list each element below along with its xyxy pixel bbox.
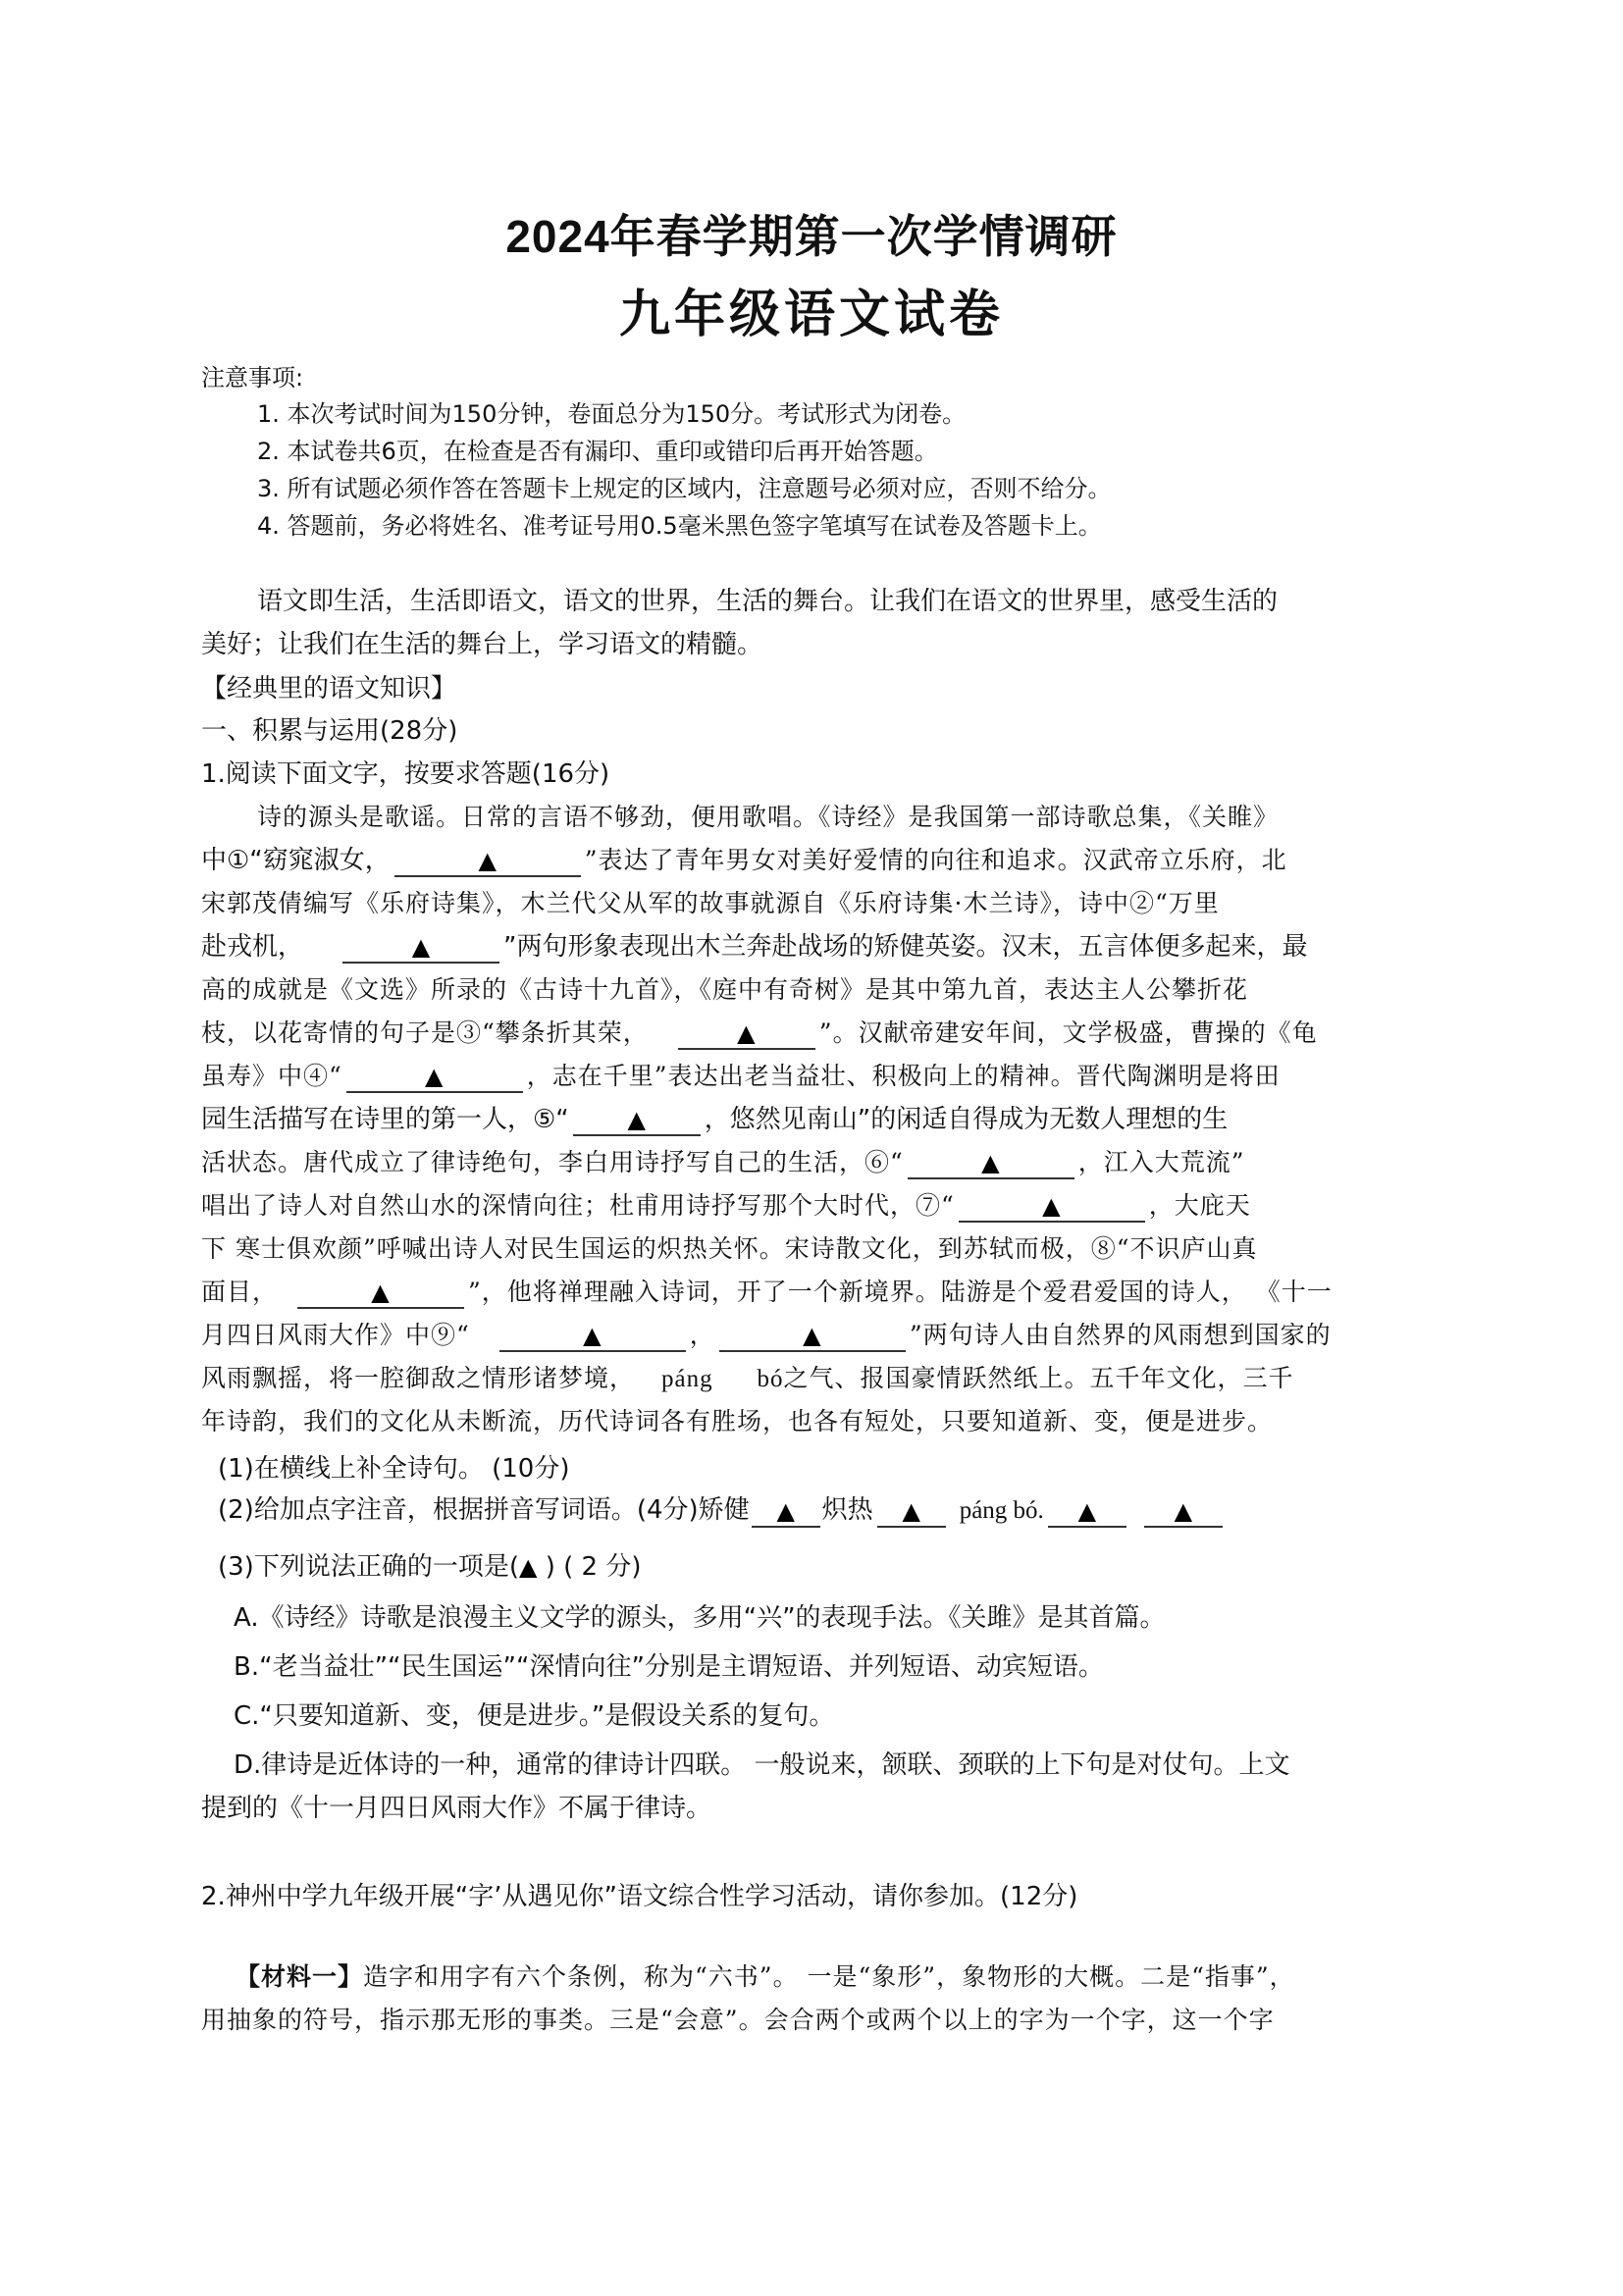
sub3-prefix: (3)下列说法正确的一项是(	[218, 1552, 519, 1582]
passage-text: ”两句形象表现出木兰奔赴战场的矫健英姿。汉末，五言体便多起来，最	[503, 932, 1307, 962]
passage-text: ”。汉献帝建安年间，文学极盛，曹操的《龟	[819, 1018, 1318, 1047]
answer-blank-2[interactable]: ▲	[342, 932, 499, 964]
notice-item-4: 4. 答题前，务必将姓名、准考证号用0.5毫米黑色签字笔填写在试卷及答题卡上。	[257, 509, 1102, 543]
q1-sub2: (2)给加点字注音，根据拼音写词语。(4分)矫健▲炽热▲páng bó.▲▲	[218, 1493, 1227, 1528]
passage-text: ”表达了青年男女对美好爱情的向往和追求。汉武帝立乐府，北	[585, 846, 1287, 874]
material-1-line-1: 【材料一】造字和用字有六个条例，称为“六书”。 一是“象形”，象物形的大概。二是…	[236, 1960, 1295, 1994]
material-1-line-2: 用抽象的符号，指示那无形的事类。三是“会意”。会合两个或两个以上的字为一个字，这…	[201, 2004, 1275, 2037]
intro-line-2: 美好；让我们在生活的舞台上，学习语文的精髓。	[201, 628, 762, 661]
passage-text: 虽寿》中④“	[201, 1062, 342, 1090]
passage-line-1: 诗的源头是歌谣。日常的言语不够劲，便用歌唱。《诗经》是我国第一部诗歌总集，《关睢…	[257, 801, 1279, 834]
triangle-marker-icon: ▲	[583, 1322, 602, 1349]
exam-title: 2024年春学期第一次学情调研	[0, 201, 1623, 266]
passage-text: ”，他将禅理融入诗词，开了一个新境界。陆游是个爱君爱国的诗人， 《十一	[468, 1278, 1333, 1306]
answer-blank-word-1[interactable]: ▲	[1048, 1496, 1126, 1528]
sub2-prefix: (2)给加点字注音，根据拼音写词语。(4分)矫健	[218, 1495, 750, 1525]
triangle-marker-icon: ▲	[1175, 1497, 1192, 1525]
passage-text: 活状态。唐代成立了律诗绝句，李白用诗抒写自己的生活，⑥“	[201, 1148, 904, 1176]
passage-text: 园生活描写在诗里的第一人，⑤“	[201, 1105, 569, 1134]
answer-blank-3[interactable]: ▲	[678, 1018, 815, 1050]
material-text: 造字和用字有六个条例，称为“六书”。 一是“象形”，象物形的大概。二是“指事”，	[363, 1962, 1295, 1991]
triangle-marker-icon: ▲	[1042, 1192, 1061, 1220]
passage-text: 面目，	[201, 1278, 278, 1306]
pinyin-text: páng bó.	[960, 1497, 1044, 1524]
answer-blank-9b[interactable]: ▲	[719, 1321, 906, 1352]
passage-text: ，	[690, 1321, 715, 1349]
answer-blank-pinyin-2[interactable]: ▲	[877, 1496, 946, 1528]
passage-line-9: 活状态。唐代成立了律诗绝句，李白用诗抒写自己的生活，⑥“▲，江入大荒流”	[201, 1146, 1245, 1179]
option-d-line-1: D.律诗是近体诗的一种，通常的律诗计四联。 一般说来，颔联、颈联的上下句是对仗句…	[234, 1748, 1290, 1782]
passage-line-8: 园生活描写在诗里的第一人，⑤“▲，悠然见南山”的闲适自得成为无数人理想的生	[201, 1103, 1228, 1136]
answer-blank-7[interactable]: ▲	[959, 1191, 1145, 1223]
q1-sub3: (3)下列说法正确的一项是(▲ ) ( 2 分)	[218, 1550, 642, 1584]
answer-blank-1[interactable]: ▲	[394, 846, 581, 877]
passage-line-10: 唱出了诗人对自然山水的深情向往；杜甫用诗抒写那个大时代，⑦“▲，大庇天	[201, 1189, 1251, 1223]
part1-title: 一、积累与运用(28分)	[201, 714, 457, 748]
pinyin-text: bó	[758, 1366, 784, 1392]
passage-text: ，大庇天	[1149, 1191, 1251, 1220]
pinyin-text: páng	[661, 1366, 713, 1392]
passage-text: ，悠然见南山”的闲适自得成为无数人理想的生	[705, 1105, 1228, 1134]
triangle-marker-icon: ▲	[737, 1019, 756, 1047]
passage-text: ，志在千里”表达出老当益壮、积极向上的精神。晋代陶渊明是将田	[527, 1062, 1281, 1090]
passage-line-15: 年诗韵，我们的文化从未断流，历代诗词各有胜场，也各有短处，只要知道新、变，便是进…	[201, 1405, 1273, 1438]
passage-text: 风雨飘摇，将一腔御敌之情形诸梦境，	[201, 1364, 635, 1392]
passage-line-4: 赴戎机，▲”两句形象表现出木兰奔赴战场的矫健英姿。汉末，五言体便多起来，最	[201, 930, 1308, 964]
passage-line-7: 虽寿》中④“▲，志在千里”表达出老当益壮、积极向上的精神。晋代陶渊明是将田	[201, 1060, 1281, 1093]
option-d-line-2: 提到的《十一月四日风雨大作》不属于律诗。	[201, 1792, 711, 1825]
answer-blank-4[interactable]: ▲	[346, 1062, 523, 1093]
triangle-marker-icon: ▲	[776, 1497, 794, 1525]
passage-text: 枝，以花寄情的句子是③“攀条折其荣，	[201, 1018, 649, 1047]
passage-text: 之气、报国豪情跃然纸上。五千年文化，三千	[784, 1364, 1294, 1392]
passage-line-5: 高的成就是《文选》所录的《古诗十九首》，《庭中有奇树》是其中第九首，表达主人公攀…	[201, 973, 1248, 1007]
passage-line-3: 宋郭茂倩编写《乐府诗集》，木兰代父从军的故事就源自《乐府诗集·木兰诗》，诗中②“…	[201, 887, 1220, 920]
answer-blank-pinyin-1[interactable]: ▲	[752, 1496, 820, 1528]
sub2-word: 炽热	[822, 1495, 873, 1525]
answer-slot-triangle-icon[interactable]: ▲	[519, 1553, 537, 1581]
passage-text: 唱出了诗人对自然山水的深情向往；杜甫用诗抒写那个大时代，⑦“	[201, 1191, 955, 1220]
q1-sub1: (1)在横线上补全诗句。 (10分)	[218, 1452, 569, 1486]
option-c: C.“只要知道新、变，便是进步。”是假设关系的复句。	[234, 1699, 834, 1733]
triangle-marker-icon: ▲	[1078, 1497, 1096, 1525]
answer-blank-9a[interactable]: ▲	[499, 1321, 686, 1352]
intro-line-1: 语文即生活，生活即语文，语文的世界，生活的舞台。让我们在语文的世界里，感受生活的	[257, 585, 1278, 618]
notice-item-2: 2. 本试卷共6页，在检查是否有漏印、重印或错印后再开始答题。	[257, 435, 938, 468]
answer-blank-6[interactable]: ▲	[908, 1148, 1074, 1179]
triangle-marker-icon: ▲	[981, 1149, 1000, 1176]
sub3-suffix: ) ( 2 分)	[537, 1552, 641, 1582]
answer-blank-8[interactable]: ▲	[297, 1278, 464, 1309]
option-a: A.《诗经》诗歌是浪漫主义文学的源头，多用“兴”的表现手法。《关雎》是其首篇。	[234, 1601, 1166, 1635]
passage-line-6: 枝，以花寄情的句子是③“攀条折其荣，▲”。汉献帝建安年间，文学极盛，曹操的《龟	[201, 1017, 1318, 1050]
triangle-marker-icon: ▲	[371, 1278, 390, 1306]
passage-line-2: 中①“窈窕淑女，▲”表达了青年男女对美好爱情的向往和追求。汉武帝立乐府，北	[201, 844, 1287, 877]
passage-text: ，江入大荒流”	[1078, 1148, 1245, 1176]
passage-text: 月四日风雨大作》中⑨“	[201, 1321, 470, 1349]
passage-text: 中①“窈窕淑女，	[201, 846, 391, 875]
answer-blank-5[interactable]: ▲	[573, 1105, 701, 1136]
option-b: B.“老当益壮”“民生国运”“深情向往”分别是主谓短语、并列短语、动宾短语。	[234, 1650, 1104, 1684]
triangle-marker-icon: ▲	[902, 1497, 919, 1525]
passage-line-13: 月四日风雨大作》中⑨“▲，▲”两句诗人由自然界的风雨想到国家的	[201, 1319, 1332, 1352]
notice-item-3: 3. 所有试题必须作答在答题卡上规定的区域内，注意题号必须对应，否则不给分。	[257, 472, 1112, 505]
section-bracket-title: 【经典里的语文知识】	[201, 672, 456, 705]
triangle-marker-icon: ▲	[425, 1063, 444, 1090]
material-label: 【材料一】	[236, 1962, 363, 1991]
triangle-marker-icon: ▲	[803, 1322, 821, 1349]
passage-text: 赴戎机，	[201, 932, 303, 962]
triangle-marker-icon: ▲	[628, 1106, 646, 1133]
q1-title: 1.阅读下面文字，按要求答题(16分)	[201, 757, 609, 791]
answer-blank-word-2[interactable]: ▲	[1144, 1496, 1223, 1528]
exam-subtitle: 九年级语文试卷	[0, 273, 1623, 346]
passage-text: ”两句诗人由自然界的风雨想到国家的	[910, 1321, 1332, 1349]
notice-item-1: 1. 本次考试时间为150分钟，卷面总分为150分。考试形式为闭卷。	[257, 397, 966, 431]
q2-title: 2.神州中学九年级开展“字’从遇见你”语文综合性学习活动，请你参加。(12分)	[201, 1880, 1077, 1913]
passage-line-14: 风雨飘摇，将一腔御敌之情形诸梦境， páng bó之气、报国豪情跃然纸上。五千年…	[201, 1362, 1294, 1396]
exam-page: 2024年春学期第一次学情调研 九年级语文试卷 注意事项: 1. 本次考试时间为…	[0, 0, 1623, 2296]
passage-line-11: 下 寒士俱欢颜”呼喊出诗人对民生国运的炽热关怀。宋诗散文化，到苏轼而极，⑧“不识…	[201, 1232, 1258, 1266]
notice-heading: 注意事项:	[201, 361, 303, 394]
triangle-marker-icon: ▲	[412, 933, 430, 961]
passage-line-12: 面目，▲”，他将禅理融入诗词，开了一个新境界。陆游是个爱君爱国的诗人， 《十一	[201, 1276, 1333, 1309]
triangle-marker-icon: ▲	[479, 847, 497, 874]
